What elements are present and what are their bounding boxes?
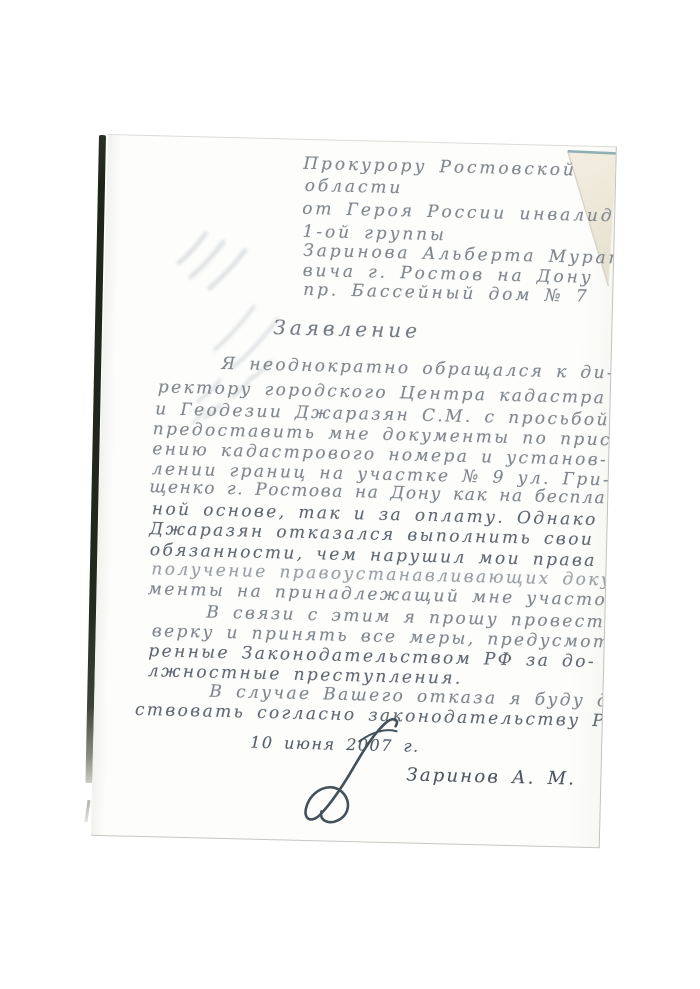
spine-edge-tail: [84, 800, 90, 822]
recipient-line: пр. Бассейный дом № 7: [303, 282, 590, 306]
scan-background: Прокурору Ростовской области от Героя Ро…: [0, 0, 700, 989]
signature-flourish: [299, 712, 414, 833]
recipient-line: области: [305, 178, 404, 197]
letter-title: Заявление: [273, 317, 421, 341]
document-page: Прокурору Ростовской области от Героя Ро…: [91, 134, 617, 848]
signature-name: Заринов А. М.: [406, 766, 576, 788]
body-line: Я неоднократно обращался к ди-: [221, 356, 615, 383]
